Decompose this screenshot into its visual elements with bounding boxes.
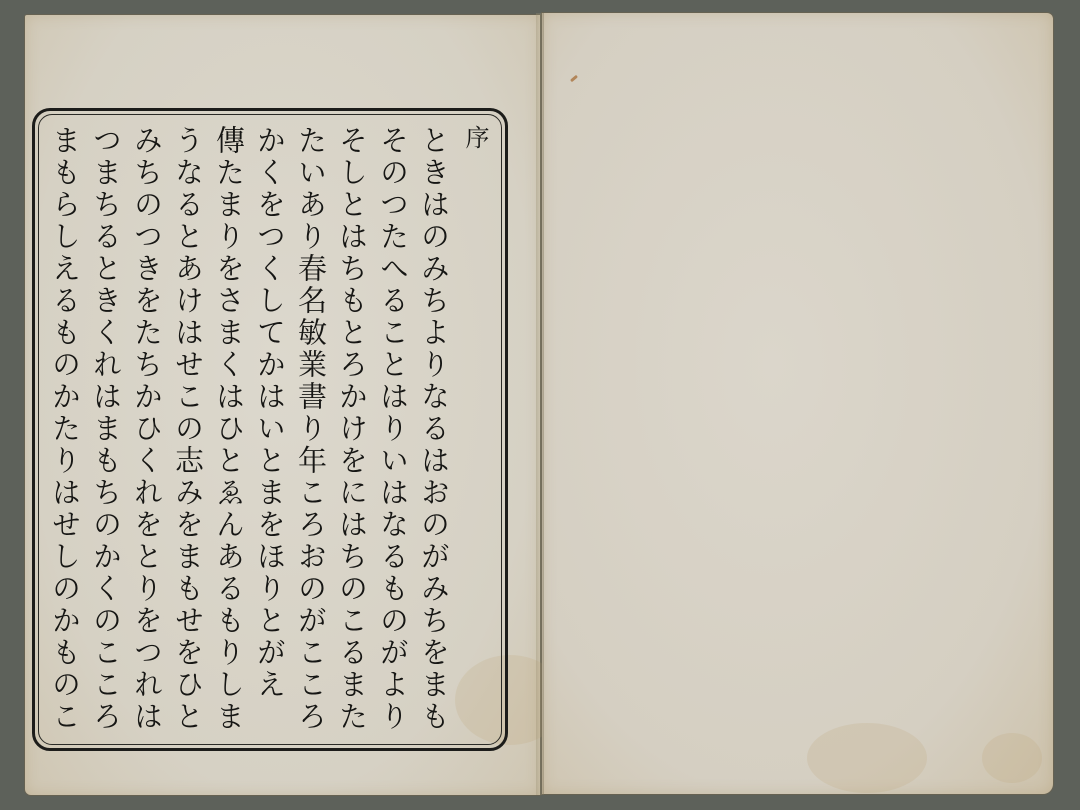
text-column: まもらしえるものかたりはせしのかものこころい [45,125,85,734]
text-frame: 序 ときはのみちよりなるはおのがみちをまもるおのをしへ そのつたへることはりいは… [32,108,508,751]
text-column: つまちるときくれはまもちのかくのこころい [86,125,126,734]
text-column: 傳たまりをさまくはひとゑんあるもりしまえ [209,125,249,734]
right-page [542,13,1053,794]
water-stain [807,723,927,793]
paper-mark [570,75,578,82]
left-page: 序 ときはのみちよりなるはおのがみちをまもるおのをしへ そのつたへることはりいは… [25,15,540,795]
preface-heading: 序 [455,125,495,734]
text-columns: 序 ときはのみちよりなるはおのがみちをまもるおのをしへ そのつたへることはりいは… [45,125,495,734]
text-column: たいあり春名敏業書り年ころおのがこころ [291,125,331,734]
text-column: ときはのみちよりなるはおのがみちをまもるおのをしへ [414,125,454,734]
text-column: みちのつきをたちかひくれをとりをつれはあ [127,125,167,734]
book-spine [536,13,544,795]
text-column: かくをつくしてかはいとまをほりとがえ [250,125,290,734]
text-column: そしとはちもとろかけをにはちのこるまたをあ [332,125,372,734]
text-column: そのつたへることはりいはなるものがよりそれ [373,125,413,734]
water-stain [982,733,1042,783]
text-column: うなるとあけはせこの志みをまもせをひとりたい [168,125,208,734]
